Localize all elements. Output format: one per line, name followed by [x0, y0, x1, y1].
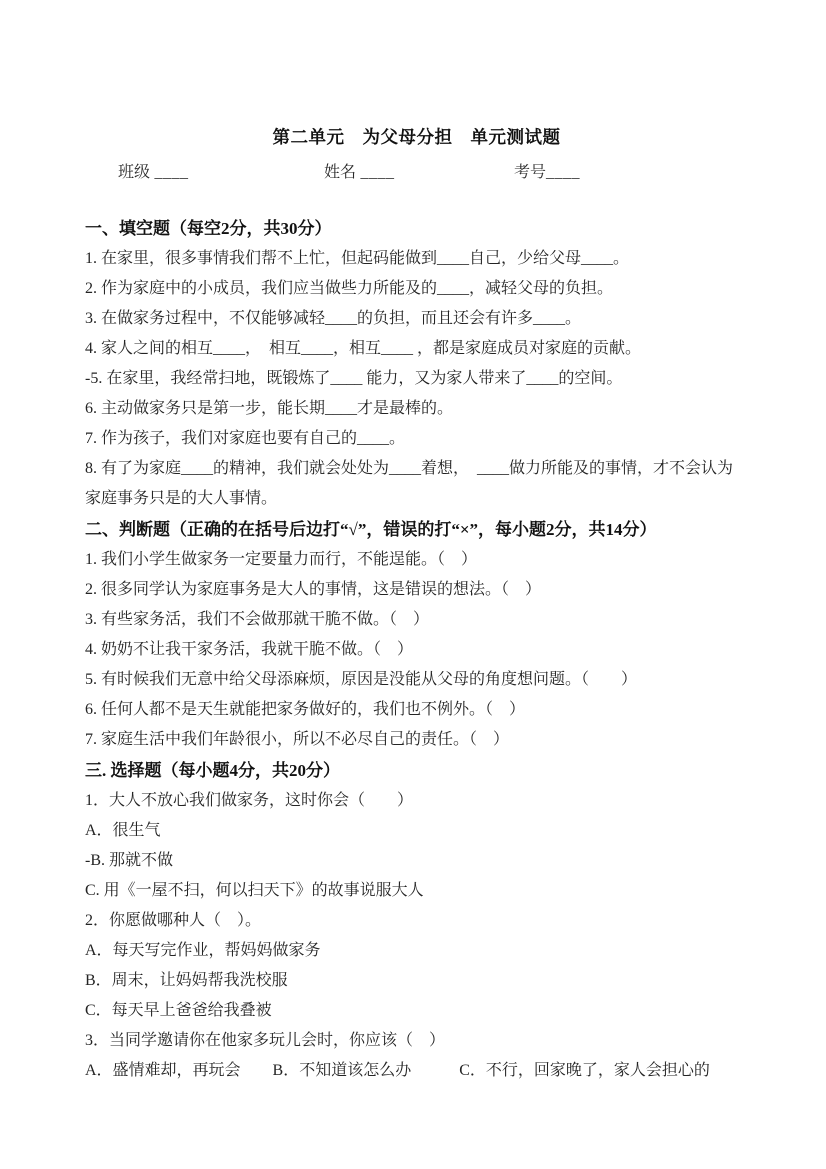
true-false-item-6: 6. 任何人都不是天生就能把家务做好的，我们也不例外。（ ）: [85, 695, 748, 725]
exam-number-field: 考号____: [514, 157, 580, 188]
fill-blank-item-4: 4. 家人之间的相互____， 相互____，相互____ ，都是家庭成员对家庭…: [85, 334, 748, 364]
fill-blank-item-6: 6. 主动做家务只是第一步，能长期____才是最棒的。: [85, 394, 748, 424]
fill-blank-item-1: 1. 在家里，很多事情我们帮不上忙，但起码能做到____自己，少给父母____。: [85, 244, 748, 274]
class-field: 班级 ____: [118, 157, 189, 188]
choice-q2: 2．你愿做哪种人（ ）。: [85, 906, 748, 936]
class-label: 班级: [118, 164, 150, 181]
section-3-heading: 三. 选择题（每小题4分，共20分）: [85, 755, 748, 786]
student-info-row: 班级 ____ 姓名 ____ 考号____: [85, 157, 748, 188]
class-blank: ____: [150, 164, 189, 181]
choice-q1-option-b: -B. 那就不做: [85, 846, 748, 876]
choice-q3: 3．当同学邀请你在他家多玩儿会时，你应该（ ）: [85, 1026, 748, 1056]
choice-q1-option-a: A．很生气: [85, 816, 748, 846]
fill-blank-item-7: 7. 作为孩子，我们对家庭也要有自己的____。: [85, 424, 748, 454]
name-label: 姓名: [324, 164, 356, 181]
section-true-false: 二、判断题（正确的在括号后边打“√”，错误的打“×”，每小题2分，共14分） 1…: [85, 514, 748, 755]
true-false-item-2: 2. 很多同学认为家庭事务是大人的事情，这是错误的想法。（ ）: [85, 575, 748, 605]
exam-number-label: 考号: [514, 164, 546, 181]
fill-blank-item-2: 2. 作为家庭中的小成员，我们应当做些力所能及的____，减轻父母的负担。: [85, 274, 748, 304]
exam-number-blank: ____: [546, 164, 580, 181]
choice-q2-option-c: C．每天早上爸爸给我叠被: [85, 996, 748, 1026]
page-content: 第二单元 为父母分担 单元测试题 班级 ____ 姓名 ____ 考号____ …: [0, 0, 826, 1086]
true-false-item-4: 4. 奶奶不让我干家务活，我就干脆不做。（ ）: [85, 635, 748, 665]
fill-blank-item-3: 3. 在做家务过程中，不仅能够减轻____的负担，而且还会有许多____。: [85, 304, 748, 334]
true-false-item-1: 1. 我们小学生做家务一定要量力而行，不能逞能。（ ）: [85, 545, 748, 575]
true-false-item-3: 3. 有些家务活，我们不会做那就干脆不做。（ ）: [85, 605, 748, 635]
section-fill-in-blanks: 一、填空题（每空2分，共30分） 1. 在家里，很多事情我们帮不上忙，但起码能做…: [85, 213, 748, 514]
choice-q1: 1．大人不放心我们做家务，这时你会（ ）: [85, 786, 748, 816]
choice-q1-option-c: C. 用《一屋不扫，何以扫天下》的故事说服大人: [85, 876, 748, 906]
fill-blank-item-5: -5. 在家里，我经常扫地，既锻炼了____ 能力，又为家人带来了____的空间…: [85, 364, 748, 394]
page-title: 第二单元 为父母分担 单元测试题: [85, 126, 748, 148]
name-field: 姓名 ____: [324, 157, 395, 188]
choice-q2-option-a: A．每天写完作业，帮妈妈做家务: [85, 936, 748, 966]
true-false-item-7: 7. 家庭生活中我们年龄很小，所以不必尽自己的责任。（ ）: [85, 725, 748, 755]
section-multiple-choice: 三. 选择题（每小题4分，共20分） 1．大人不放心我们做家务，这时你会（ ） …: [85, 755, 748, 1086]
test-paper-page: 第二单元 为父母分担 单元测试题 班级 ____ 姓名 ____ 考号____ …: [0, 0, 826, 1169]
section-1-heading: 一、填空题（每空2分，共30分）: [85, 213, 748, 244]
true-false-item-5: 5. 有时候我们无意中给父母添麻烦，原因是没能从父母的角度想问题。（ ）: [85, 665, 748, 695]
choice-q3-options-row: A．盛情难却，再玩会 B．不知道该怎么办 C．不行，回家晚了，家人会担心的: [85, 1056, 748, 1086]
choice-q2-option-b: B．周末，让妈妈帮我洗校服: [85, 966, 748, 996]
name-blank: ____: [356, 164, 395, 181]
section-2-heading: 二、判断题（正确的在括号后边打“√”，错误的打“×”，每小题2分，共14分）: [85, 514, 748, 545]
fill-blank-item-8: 8. 有了为家庭____的精神，我们就会处处为____着想， ____做力所能及…: [85, 454, 748, 514]
